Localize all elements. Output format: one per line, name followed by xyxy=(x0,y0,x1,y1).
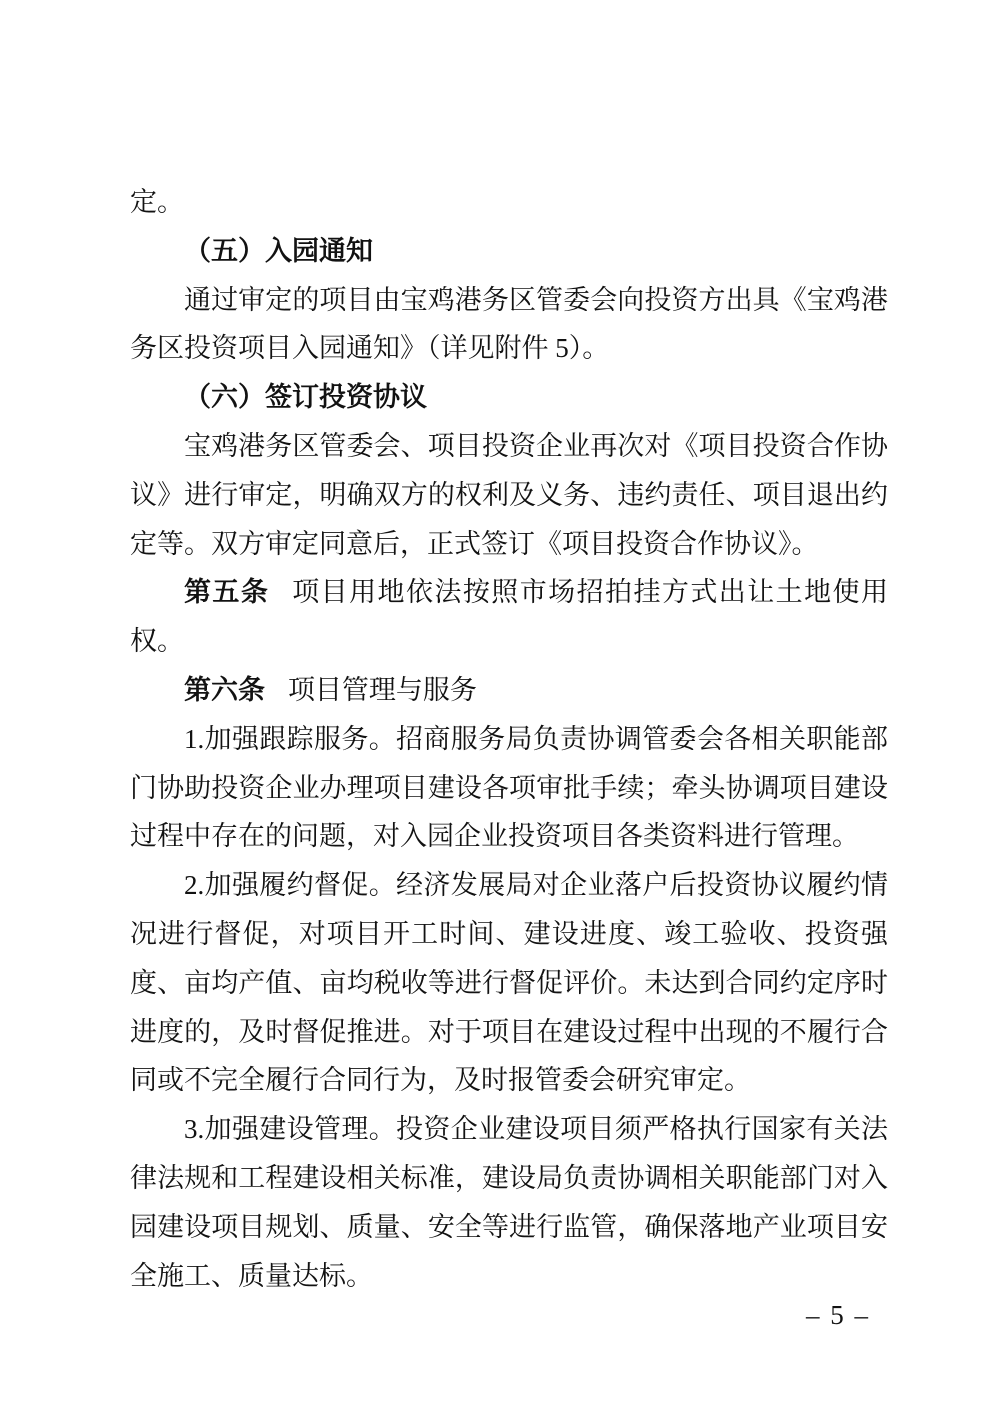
article-6: 第六条项目管理与服务 xyxy=(130,666,888,715)
section-heading-5-entry-notice: （五）入园通知 xyxy=(130,227,888,276)
paragraph-item-3-construction-management: 3.加强建设管理。投资企业建设项目须严格执行国家有关法律法规和工程建设相关标准，… xyxy=(130,1105,888,1300)
article-6-number: 第六条 xyxy=(184,675,265,705)
paragraph-entry-notice-body: 通过审定的项目由宝鸡港务区管委会向投资方出具《宝鸡港务区投资项目入园通知》（详见… xyxy=(130,276,888,374)
article-5-number: 第五条 xyxy=(184,577,269,607)
document-content: 定。 （五）入园通知 通过审定的项目由宝鸡港务区管委会向投资方出具《宝鸡港务区投… xyxy=(130,178,888,1300)
article-5: 第五条项目用地依法按照市场招拍挂方式出让土地使用权。 xyxy=(130,568,888,666)
paragraph-item-2-performance-supervision: 2.加强履约督促。经济发展局对企业落户后投资协议履约情况进行督促，对项目开工时间… xyxy=(130,861,888,1105)
paragraph-item-1-tracking-service: 1.加强跟踪服务。招商服务局负责协调管委会各相关职能部门协助投资企业办理项目建设… xyxy=(130,715,888,861)
page-number: – 5 – xyxy=(806,1300,870,1331)
article-6-text: 项目管理与服务 xyxy=(288,675,477,705)
document-page: 定。 （五）入园通知 通过审定的项目由宝鸡港务区管委会向投资方出具《宝鸡港务区投… xyxy=(0,0,992,1403)
paragraph-sign-agreement-body: 宝鸡港务区管委会、项目投资企业再次对《项目投资合作协议》进行审定，明确双方的权利… xyxy=(130,422,888,568)
section-heading-6-sign-agreement: （六）签订投资协议 xyxy=(130,373,888,422)
paragraph-continuation: 定。 xyxy=(130,178,888,227)
